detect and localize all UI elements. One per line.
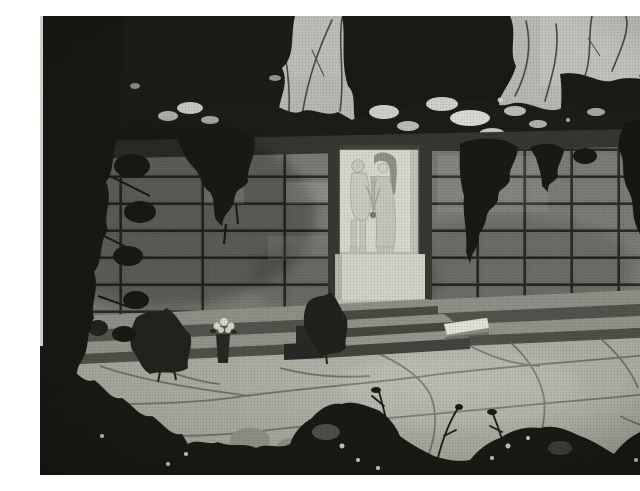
photograph: Memorial wall with sculpted relief of tw… [40,16,640,475]
vignette [40,16,640,475]
left-margin-sliver [40,16,43,346]
photo-canvas: Memorial wall with sculpted relief of tw… [40,16,640,475]
